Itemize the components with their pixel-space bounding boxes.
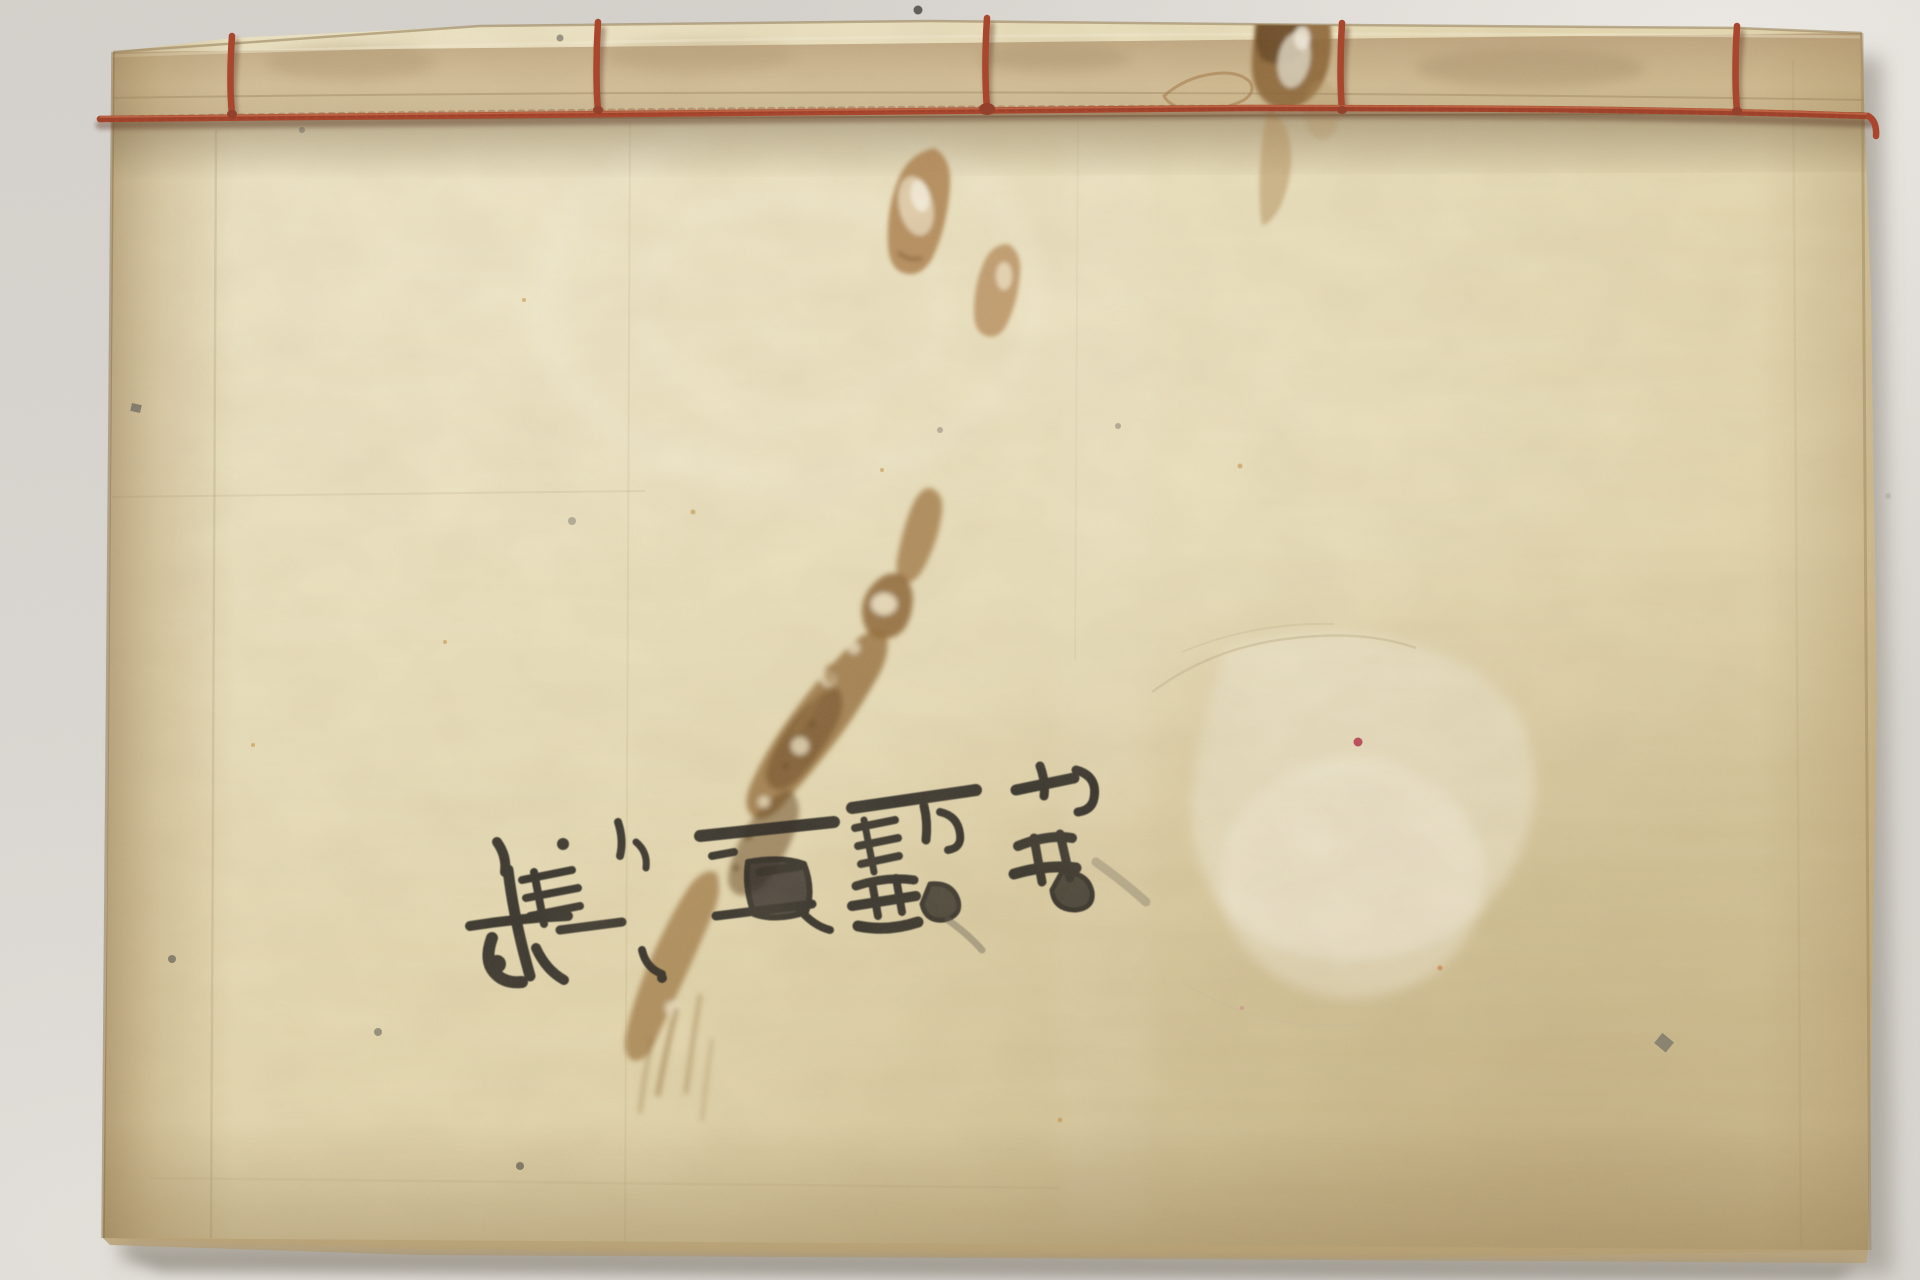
stitch-3 [986,18,988,108]
stitch-2 [597,22,599,110]
stitch-1 [231,36,233,114]
paper-grain [100,18,1880,1262]
scene-svg [0,0,1920,1280]
book-cover [90,0,1890,1280]
dust-speck-backdrop [914,6,923,15]
stitch-4 [1341,23,1343,110]
photo-frame [0,0,1920,1280]
stitch-5 [1736,26,1738,110]
